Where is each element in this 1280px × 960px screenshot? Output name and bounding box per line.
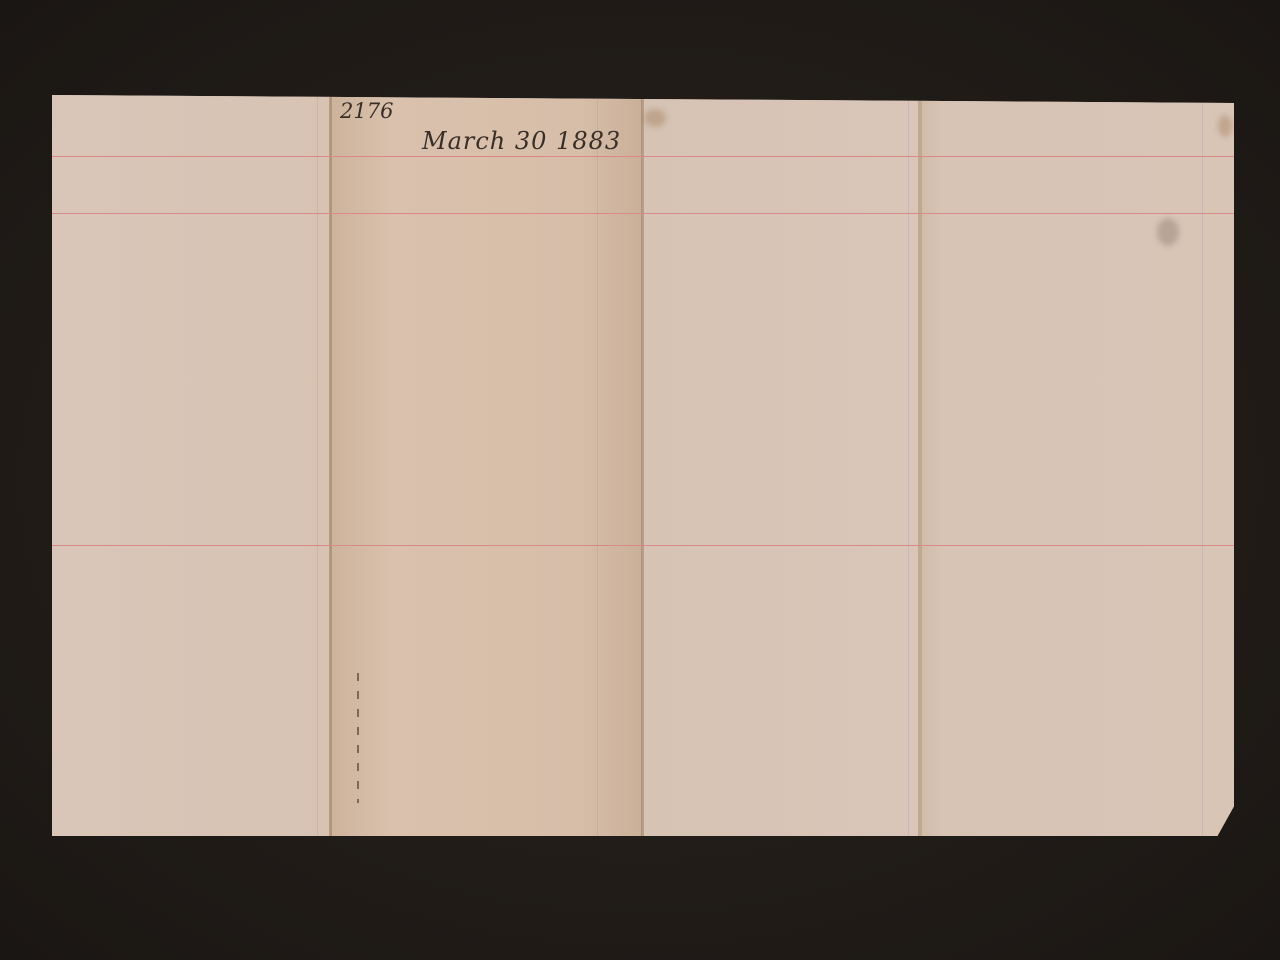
- paper-panel-4: [918, 93, 1234, 836]
- fold-line: [641, 93, 644, 836]
- paper-panel-1: [52, 93, 330, 836]
- handwritten-number: 2176: [340, 99, 393, 123]
- stain: [644, 109, 666, 127]
- ledger-paper: 2176 March 30 1883: [52, 93, 1234, 836]
- column-rule: [317, 93, 318, 836]
- column-rule: [597, 93, 598, 836]
- red-rule-line: [52, 156, 1234, 157]
- handwritten-date: March 30 1883: [422, 127, 621, 155]
- column-rule: [908, 93, 909, 836]
- red-rule-line: [52, 213, 1234, 214]
- paper-panel-3: [642, 93, 918, 836]
- fold-line: [918, 93, 922, 836]
- column-rule: [1202, 93, 1203, 836]
- ink-dash-marks: [357, 673, 359, 803]
- stain: [1157, 218, 1179, 246]
- fold-line: [329, 93, 332, 836]
- stain: [1218, 115, 1232, 137]
- red-rule-line: [52, 545, 1234, 546]
- paper-panel-2: [330, 93, 642, 836]
